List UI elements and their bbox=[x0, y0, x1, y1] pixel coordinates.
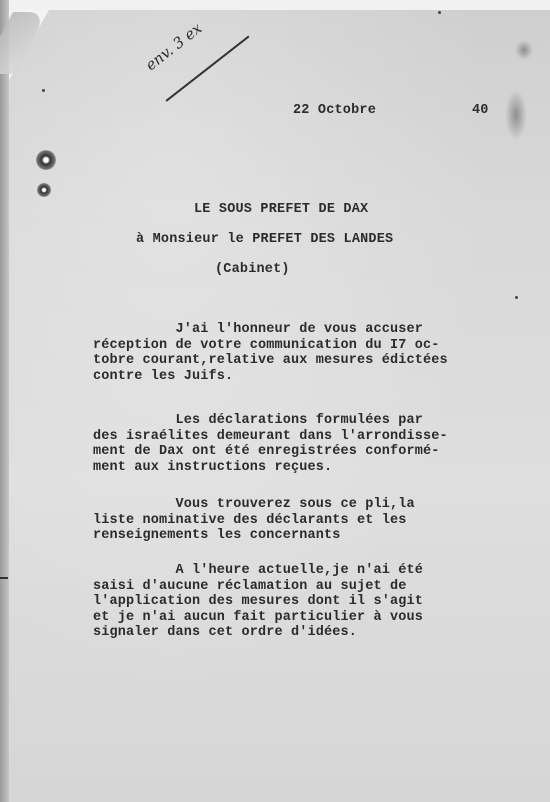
document-page bbox=[9, 10, 550, 802]
paragraph-line: ment de Dax ont été enregistrées conform… bbox=[93, 444, 448, 460]
paragraph-line: signaler dans cet ordre d'idées. bbox=[93, 625, 423, 641]
paragraph-line: contre les Juifs. bbox=[93, 369, 448, 385]
paragraph-line: Vous trouverez sous ce pli,la bbox=[93, 497, 415, 513]
paragraph-line: l'application des mesures dont il s'agit bbox=[93, 594, 423, 610]
scan-mark bbox=[0, 577, 8, 579]
paragraph-line: des israélites demeurant dans l'arrondis… bbox=[93, 429, 448, 445]
speck bbox=[515, 296, 518, 299]
office-heading: (Cabinet) bbox=[215, 262, 290, 277]
speck bbox=[42, 89, 45, 92]
paragraph-line: Les déclarations formulées par bbox=[93, 413, 448, 429]
stain bbox=[505, 90, 527, 140]
scan-top-margin bbox=[0, 0, 550, 10]
punch-hole-icon bbox=[37, 183, 51, 197]
paragraph-line: J'ai l'honneur de vous accuser bbox=[93, 322, 448, 338]
paragraph-line: tobre courant,relative aux mesures édict… bbox=[93, 353, 448, 369]
letter-date: 22 Octobre bbox=[293, 103, 376, 118]
paragraph-line: renseignements les concernants bbox=[93, 528, 415, 544]
paragraph-line: saisi d'aucune réclamation au sujet de bbox=[93, 579, 423, 595]
paragraph-line: réception de votre communication du I7 o… bbox=[93, 338, 448, 354]
paragraph-line: liste nominative des déclarants et les bbox=[93, 513, 415, 529]
recipient-heading: à Monsieur le PREFET DES LANDES bbox=[136, 232, 393, 247]
paragraph-line: ment aux instructions reçues. bbox=[93, 460, 448, 476]
speck bbox=[438, 11, 441, 14]
scan-left-edge bbox=[0, 0, 9, 802]
letter-year: 40 bbox=[472, 103, 489, 118]
punch-hole-icon bbox=[36, 150, 56, 170]
sender-heading: LE SOUS PREFET DE DAX bbox=[194, 202, 368, 217]
paragraph-declarations: Les déclarations formulées par des israé… bbox=[93, 413, 448, 475]
paragraph-status: A l'heure actuelle,je n'ai été saisi d'a… bbox=[93, 563, 423, 641]
paragraph-enclosure: Vous trouverez sous ce pli,la liste nomi… bbox=[93, 497, 415, 544]
paragraph-line: et je n'ai aucun fait particulier à vous bbox=[93, 610, 423, 626]
paragraph-line: A l'heure actuelle,je n'ai été bbox=[93, 563, 423, 579]
paragraph-acknowledgement: J'ai l'honneur de vous accuser réception… bbox=[93, 322, 448, 384]
stain bbox=[515, 40, 533, 60]
